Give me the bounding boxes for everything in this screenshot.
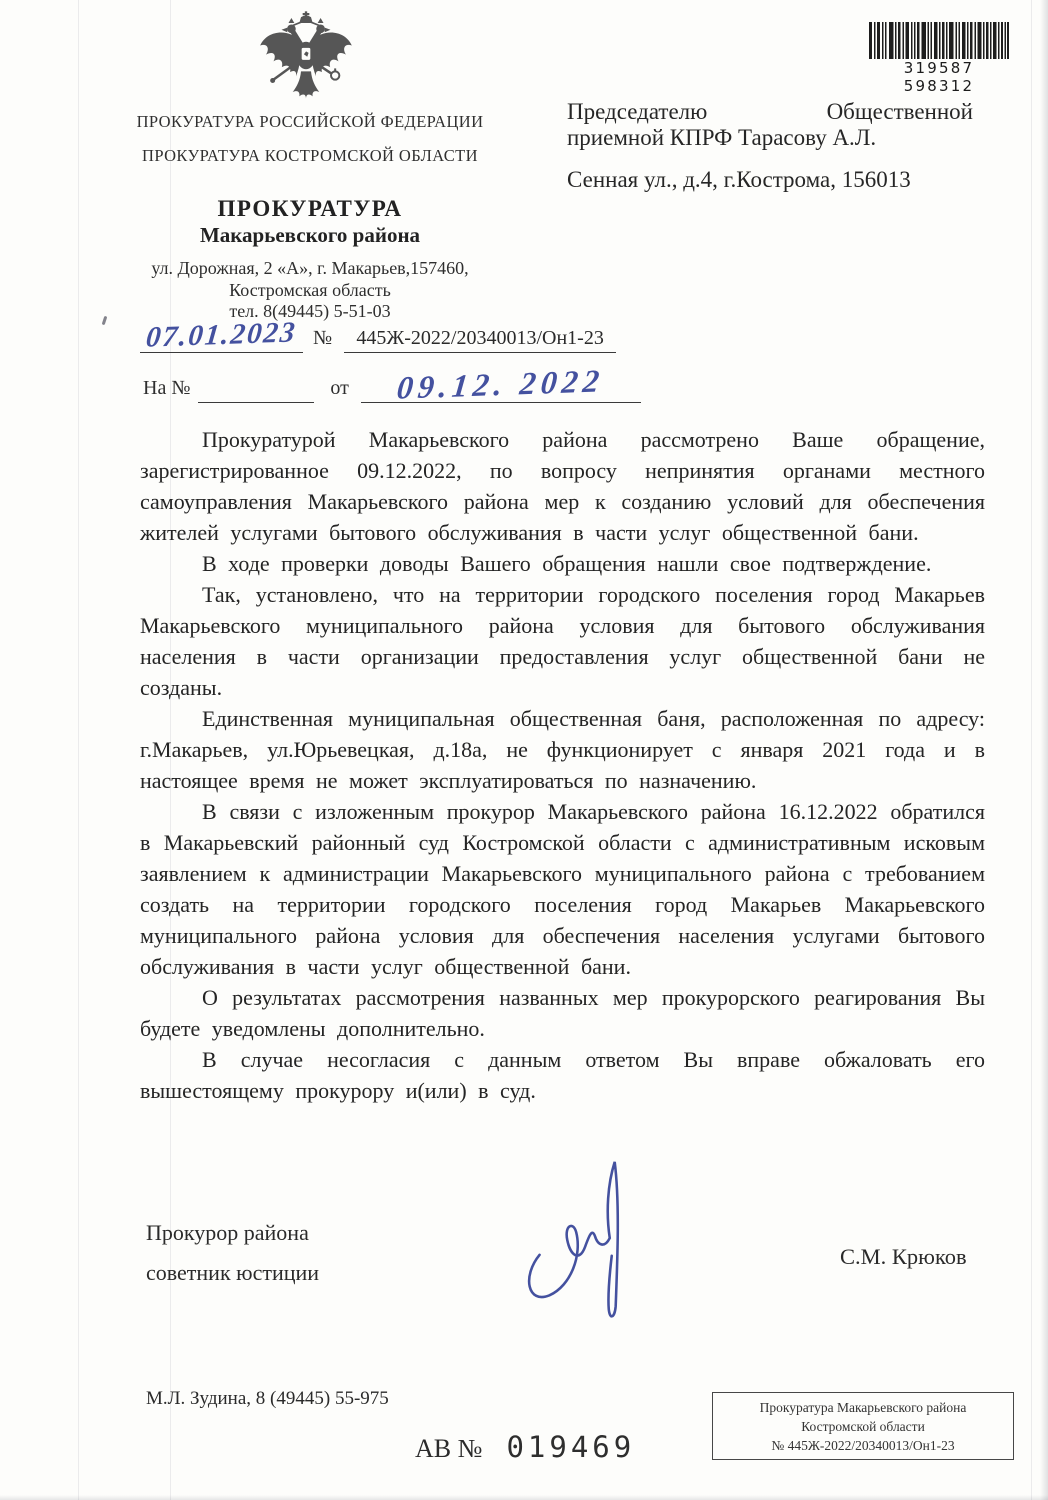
coat-of-arms-icon	[256, 8, 356, 108]
scan-artifact-line	[1031, 0, 1032, 1500]
signature-icon	[505, 1156, 673, 1324]
recipient-block: Председателю Общественной приемной КПРФ …	[567, 99, 973, 193]
signer-post-line2: советник юстиции	[146, 1260, 319, 1286]
body-paragraph: Единственная муниципальная общественная …	[140, 703, 985, 796]
executor-contact: М.Л. Зудина, 8 (49445) 55-975	[146, 1388, 389, 1410]
outgoing-number: 445Ж-2022/20340013/Он1-23	[356, 327, 604, 350]
stamp-line2: Костромской области	[713, 1417, 1013, 1436]
barcode-digits: 319587 598312	[868, 59, 1010, 95]
office-subtitle: Макарьевского района	[110, 223, 510, 248]
from-label: от	[314, 377, 348, 403]
signer-name: С.М. Крюков	[840, 1244, 967, 1270]
registration-stamp: Прокуратура Макарьевского района Костром…	[712, 1392, 1014, 1460]
signer-post-line1: Прокурор района	[146, 1220, 309, 1246]
office-address-line1: ул. Дорожная, 2 «А», г. Макарьев,157460,	[110, 258, 510, 279]
incoming-date-handwriting: 09.12. 2022	[396, 364, 606, 405]
barcode: 319587 598312	[868, 22, 1010, 96]
body-paragraph: Так, установлено, что на территории горо…	[140, 579, 985, 703]
form-series: АВ №	[415, 1434, 482, 1464]
page-edge-shadow	[1040, 0, 1048, 1500]
office-title: ПРОКУРАТУРА	[110, 196, 510, 222]
body-paragraph: Прокуратурой Макарьевского района рассмо…	[140, 424, 985, 548]
recipient-line1-left: Председателю	[567, 99, 707, 125]
outgoing-date-handwriting: 07.01.2023	[145, 318, 299, 354]
recipient-line2: приемной КПРФ Тарасову А.Л.	[567, 125, 973, 151]
body-paragraph: В случае несогласия с данным ответом Вы …	[140, 1044, 985, 1106]
incoming-number-blank-field	[198, 378, 314, 403]
number-sign: №	[303, 327, 332, 353]
incoming-reference-row: На № от 09.12. 2022	[143, 362, 641, 403]
body-paragraph: О результатах рассмотрения названных мер…	[140, 982, 985, 1044]
outgoing-date-field: 07.01.2023	[140, 316, 303, 353]
recipient-line1: Председателю Общественной	[567, 99, 973, 125]
letter-body: Прокуратурой Макарьевского района рассмо…	[140, 424, 985, 1106]
scanned-letter-page: ПРОКУРАТУРА РОССИЙСКОЙ ФЕДЕРАЦИИ ПРОКУРА…	[0, 0, 1048, 1500]
page-edge-shadow	[0, 1495, 1048, 1500]
outgoing-number-field: 445Ж-2022/20340013/Он1-23	[344, 324, 616, 353]
scan-artifact-line	[78, 0, 79, 1500]
incoming-label: На №	[143, 377, 190, 403]
body-paragraph: В связи с изложенным прокурор Макарьевск…	[140, 796, 985, 982]
incoming-date-field: 09.12. 2022	[361, 362, 641, 403]
recipient-address: Сенная ул., д.4, г.Кострома, 156013	[567, 167, 973, 193]
recipient-line1-right: Общественной	[827, 99, 973, 125]
ink-speck	[102, 316, 108, 325]
org-name-region: ПРОКУРАТУРА КОСТРОМСКОЙ ОБЛАСТИ	[110, 146, 510, 166]
org-name-federation: ПРОКУРАТУРА РОССИЙСКОЙ ФЕДЕРАЦИИ	[110, 112, 510, 132]
stamp-line1: Прокуратура Макарьевского района	[713, 1398, 1013, 1417]
office-address-line2: Костромская область	[110, 280, 510, 301]
form-number-block: АВ № 019469	[415, 1430, 635, 1464]
form-number: 019469	[506, 1430, 635, 1464]
body-paragraph: В ходе проверки доводы Вашего обращения …	[140, 548, 985, 579]
outgoing-reference-row: 07.01.2023 № 445Ж-2022/20340013/Он1-23	[140, 316, 616, 353]
stamp-line3: № 445Ж-2022/20340013/Он1-23	[713, 1436, 1013, 1455]
